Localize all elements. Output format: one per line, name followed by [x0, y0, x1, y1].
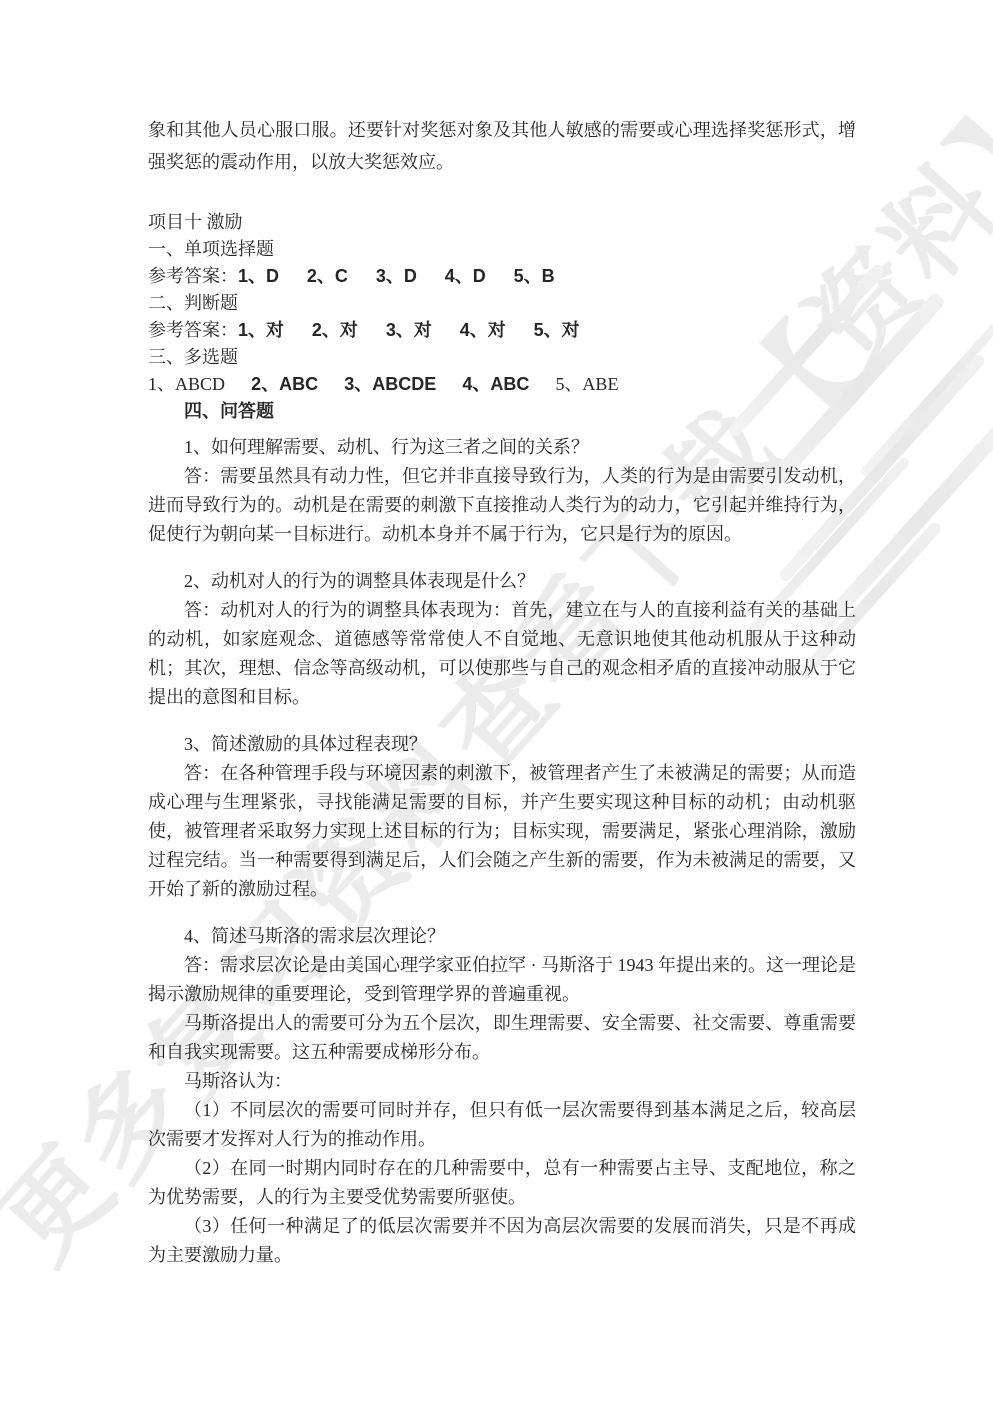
heading-single-choice: 一、单项选择题	[148, 236, 856, 263]
heading-essay: 四、问答题	[148, 398, 856, 425]
document-page: 更多复习资料查看下载【资料】 象和其他人员心服口服。还要针对奖惩对象及其他人敏感…	[0, 0, 993, 1404]
question: 4、简述马斯洛的需求层次理论？	[148, 922, 856, 951]
answer-item: 4、ABC	[462, 374, 529, 394]
answer-item: 2、ABC	[251, 374, 318, 394]
answer-item: 2、C	[307, 266, 348, 286]
question: 2、动机对人的行为的调整具体表现是什么？	[148, 567, 856, 596]
single-choice-answers: 参考答案：1、D2、C3、D4、D5、B	[148, 263, 856, 290]
true-false-answers: 参考答案：1、对2、对3、对4、对5、对	[148, 317, 856, 344]
answer-item: 1、对	[238, 320, 284, 340]
answer-item: 3、D	[376, 266, 417, 286]
answer-paragraph: 答：需求层次论是由美国心理学家亚伯拉罕 · 马斯洛于 1943 年提出来的。这一…	[148, 951, 856, 1009]
qa-block: 1、如何理解需要、动机、行为这三者之间的关系？ 答：需要虽然具有动力性，但它并非…	[148, 433, 856, 549]
watermark-streak-icon	[859, 323, 993, 478]
question: 1、如何理解需要、动机、行为这三者之间的关系？	[148, 433, 856, 462]
project-title: 项目十 激励	[148, 209, 856, 236]
answer-item: 5、对	[534, 320, 580, 340]
qa-section: 1、如何理解需要、动机、行为这三者之间的关系？ 答：需要虽然具有动力性，但它并非…	[148, 433, 856, 1270]
answer-paragraph: 马斯洛认为：	[148, 1067, 856, 1096]
answers-label: 参考答案：	[148, 320, 238, 340]
answer-paragraph: 答：需要虽然具有动力性，但它并非直接导致行为，人类的行为是由需要引发动机，进而导…	[148, 462, 856, 549]
answer-item: 4、D	[445, 266, 486, 286]
answer-item: 3、ABCDE	[344, 374, 436, 394]
qa-block: 2、动机对人的行为的调整具体表现是什么？ 答：动机对人的行为的调整具体表现为：首…	[148, 567, 856, 712]
answer-item: 4、对	[460, 320, 506, 340]
answer-item: 1、ABCD	[148, 374, 225, 394]
answer-paragraph: 答：在各种管理手段与环境因素的刺激下，被管理者产生了未被满足的需要；从而造成心理…	[148, 759, 856, 904]
answer-key-section: 项目十 激励 一、单项选择题 参考答案：1、D2、C3、D4、D5、B 二、判断…	[148, 209, 856, 425]
answer-item: 1、D	[238, 266, 279, 286]
answer-paragraph: 答：动机对人的行为的调整具体表现为：首先，建立在与人的直接利益有关的基础上的动机…	[148, 596, 856, 712]
answer-item: 3、对	[386, 320, 432, 340]
qa-block: 3、简述激励的具体过程表现？ 答：在各种管理手段与环境因素的刺激下，被管理者产生…	[148, 730, 856, 904]
answer-paragraph: （1）不同层次的需要可同时并存，但只有低一层次需要得到基本满足之后，较高层次需要…	[148, 1096, 856, 1154]
intro-paragraph: 象和其他人员心服口服。还要针对奖惩对象及其他人敏感的需要或心理选择奖惩形式，增强…	[148, 114, 856, 178]
multi-choice-answers: 1、ABCD2、ABC3、ABCDE4、ABC5、ABE	[148, 371, 856, 398]
question: 3、简述激励的具体过程表现？	[148, 730, 856, 759]
answer-item: 5、ABE	[555, 374, 618, 394]
answer-paragraph: （2）在同一时期内同时存在的几种需要中，总有一种需要占主导、支配地位，称之为优势…	[148, 1154, 856, 1212]
answer-paragraph: 马斯洛提出人的需要可分为五个层次，即生理需要、安全需要、社交需要、尊重需要和自我…	[148, 1009, 856, 1067]
answer-paragraph: （3）任何一种满足了的低层次需要并不因为高层次需要的发展而消失，只是不再成为主要…	[148, 1212, 856, 1270]
answer-item: 5、B	[514, 266, 555, 286]
answers-label: 参考答案：	[148, 266, 238, 286]
heading-multi-choice: 三、多选题	[148, 344, 856, 371]
qa-block: 4、简述马斯洛的需求层次理论？ 答：需求层次论是由美国心理学家亚伯拉罕 · 马斯…	[148, 922, 856, 1270]
page-content: 象和其他人员心服口服。还要针对奖惩对象及其他人敏感的需要或心理选择奖惩形式，增强…	[148, 0, 856, 1270]
heading-true-false: 二、判断题	[148, 290, 856, 317]
answer-item: 2、对	[312, 320, 358, 340]
